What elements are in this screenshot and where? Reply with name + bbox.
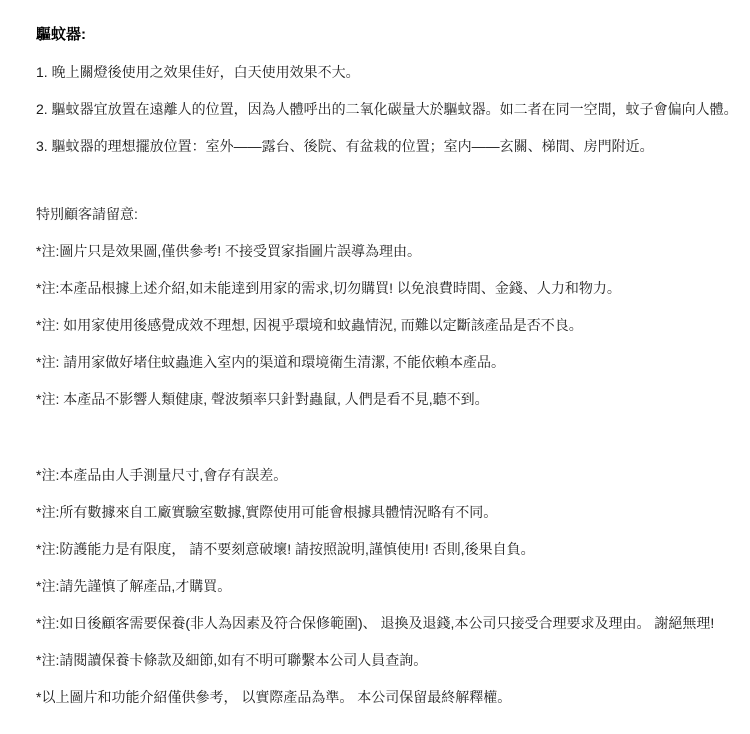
note-line: *注: 請用家做好堵住蚊蟲進入室内的渠道和環境衛生清潔, 不能依賴本產品。 [36, 353, 744, 371]
note-line: *注:所有數據來自工廠實驗室數據,實際使用可能會根據具體情況略有不同。 [36, 503, 744, 521]
notes-group-2: *注:本產品由人手測量尺寸,會存有誤差。 *注:所有數據來自工廠實驗室數據,實際… [36, 466, 744, 706]
note-line: *注: 本產品不影響人類健康, 聲波頻率只針對蟲鼠, 人們是看不見,聽不到。 [36, 390, 744, 408]
note-line: *注: 如用家使用後感覺成效不理想, 因視乎環境和蚊蟲情況, 而難以定斷該產品是… [36, 316, 744, 334]
note-line: *注:本產品根據上述介紹,如未能達到用家的需求,切勿購買! 以免浪費時間、金錢、… [36, 279, 744, 297]
note-line: *注:如日後顧客需要保養(非人為因素及符合保修範圍)、 退換及退錢,本公司只接受… [36, 614, 744, 632]
product-notes-document: 驅蚊器: 1. 晚上關燈後使用之效果佳好，白天使用效果不大。 2. 驅蚊器宜放置… [0, 0, 750, 734]
instruction-line-1: 1. 晚上關燈後使用之效果佳好，白天使用效果不大。 [36, 63, 744, 81]
note-line: *注:防護能力是有限度， 請不要刻意破壞! 請按照說明,謹慎使用! 否則,後果自… [36, 540, 744, 558]
instruction-line-3: 3. 驅蚊器的理想擺放位置：室外——露台、後院、有盆栽的位置；室内——玄關、梯間… [36, 137, 744, 155]
note-line: *注:請先謹慎了解產品,才購買。 [36, 577, 744, 595]
notes-group-1: *注:圖片只是效果圖,僅供參考! 不接受買家指圖片誤導為理由。 *注:本產品根據… [36, 242, 744, 408]
document-title: 驅蚊器: [36, 26, 744, 44]
note-line: *注:圖片只是效果圖,僅供參考! 不接受買家指圖片誤導為理由。 [36, 242, 744, 260]
notice-heading: 特別顧客請留意: [36, 205, 744, 223]
note-line: *注:本產品由人手測量尺寸,會存有誤差。 [36, 466, 744, 484]
disclaimer-line: *以上圖片和功能介紹僅供參考， 以實際產品為準。 本公司保留最終解釋權。 [36, 688, 744, 706]
instruction-line-2: 2. 驅蚊器宜放置在遠離人的位置，因為人體呼出的二氧化碳量大於驅蚊器。如二者在同… [36, 100, 744, 118]
note-line: *注:請閱讀保養卡條款及細節,如有不明可聯繫本公司人員查詢。 [36, 651, 744, 669]
